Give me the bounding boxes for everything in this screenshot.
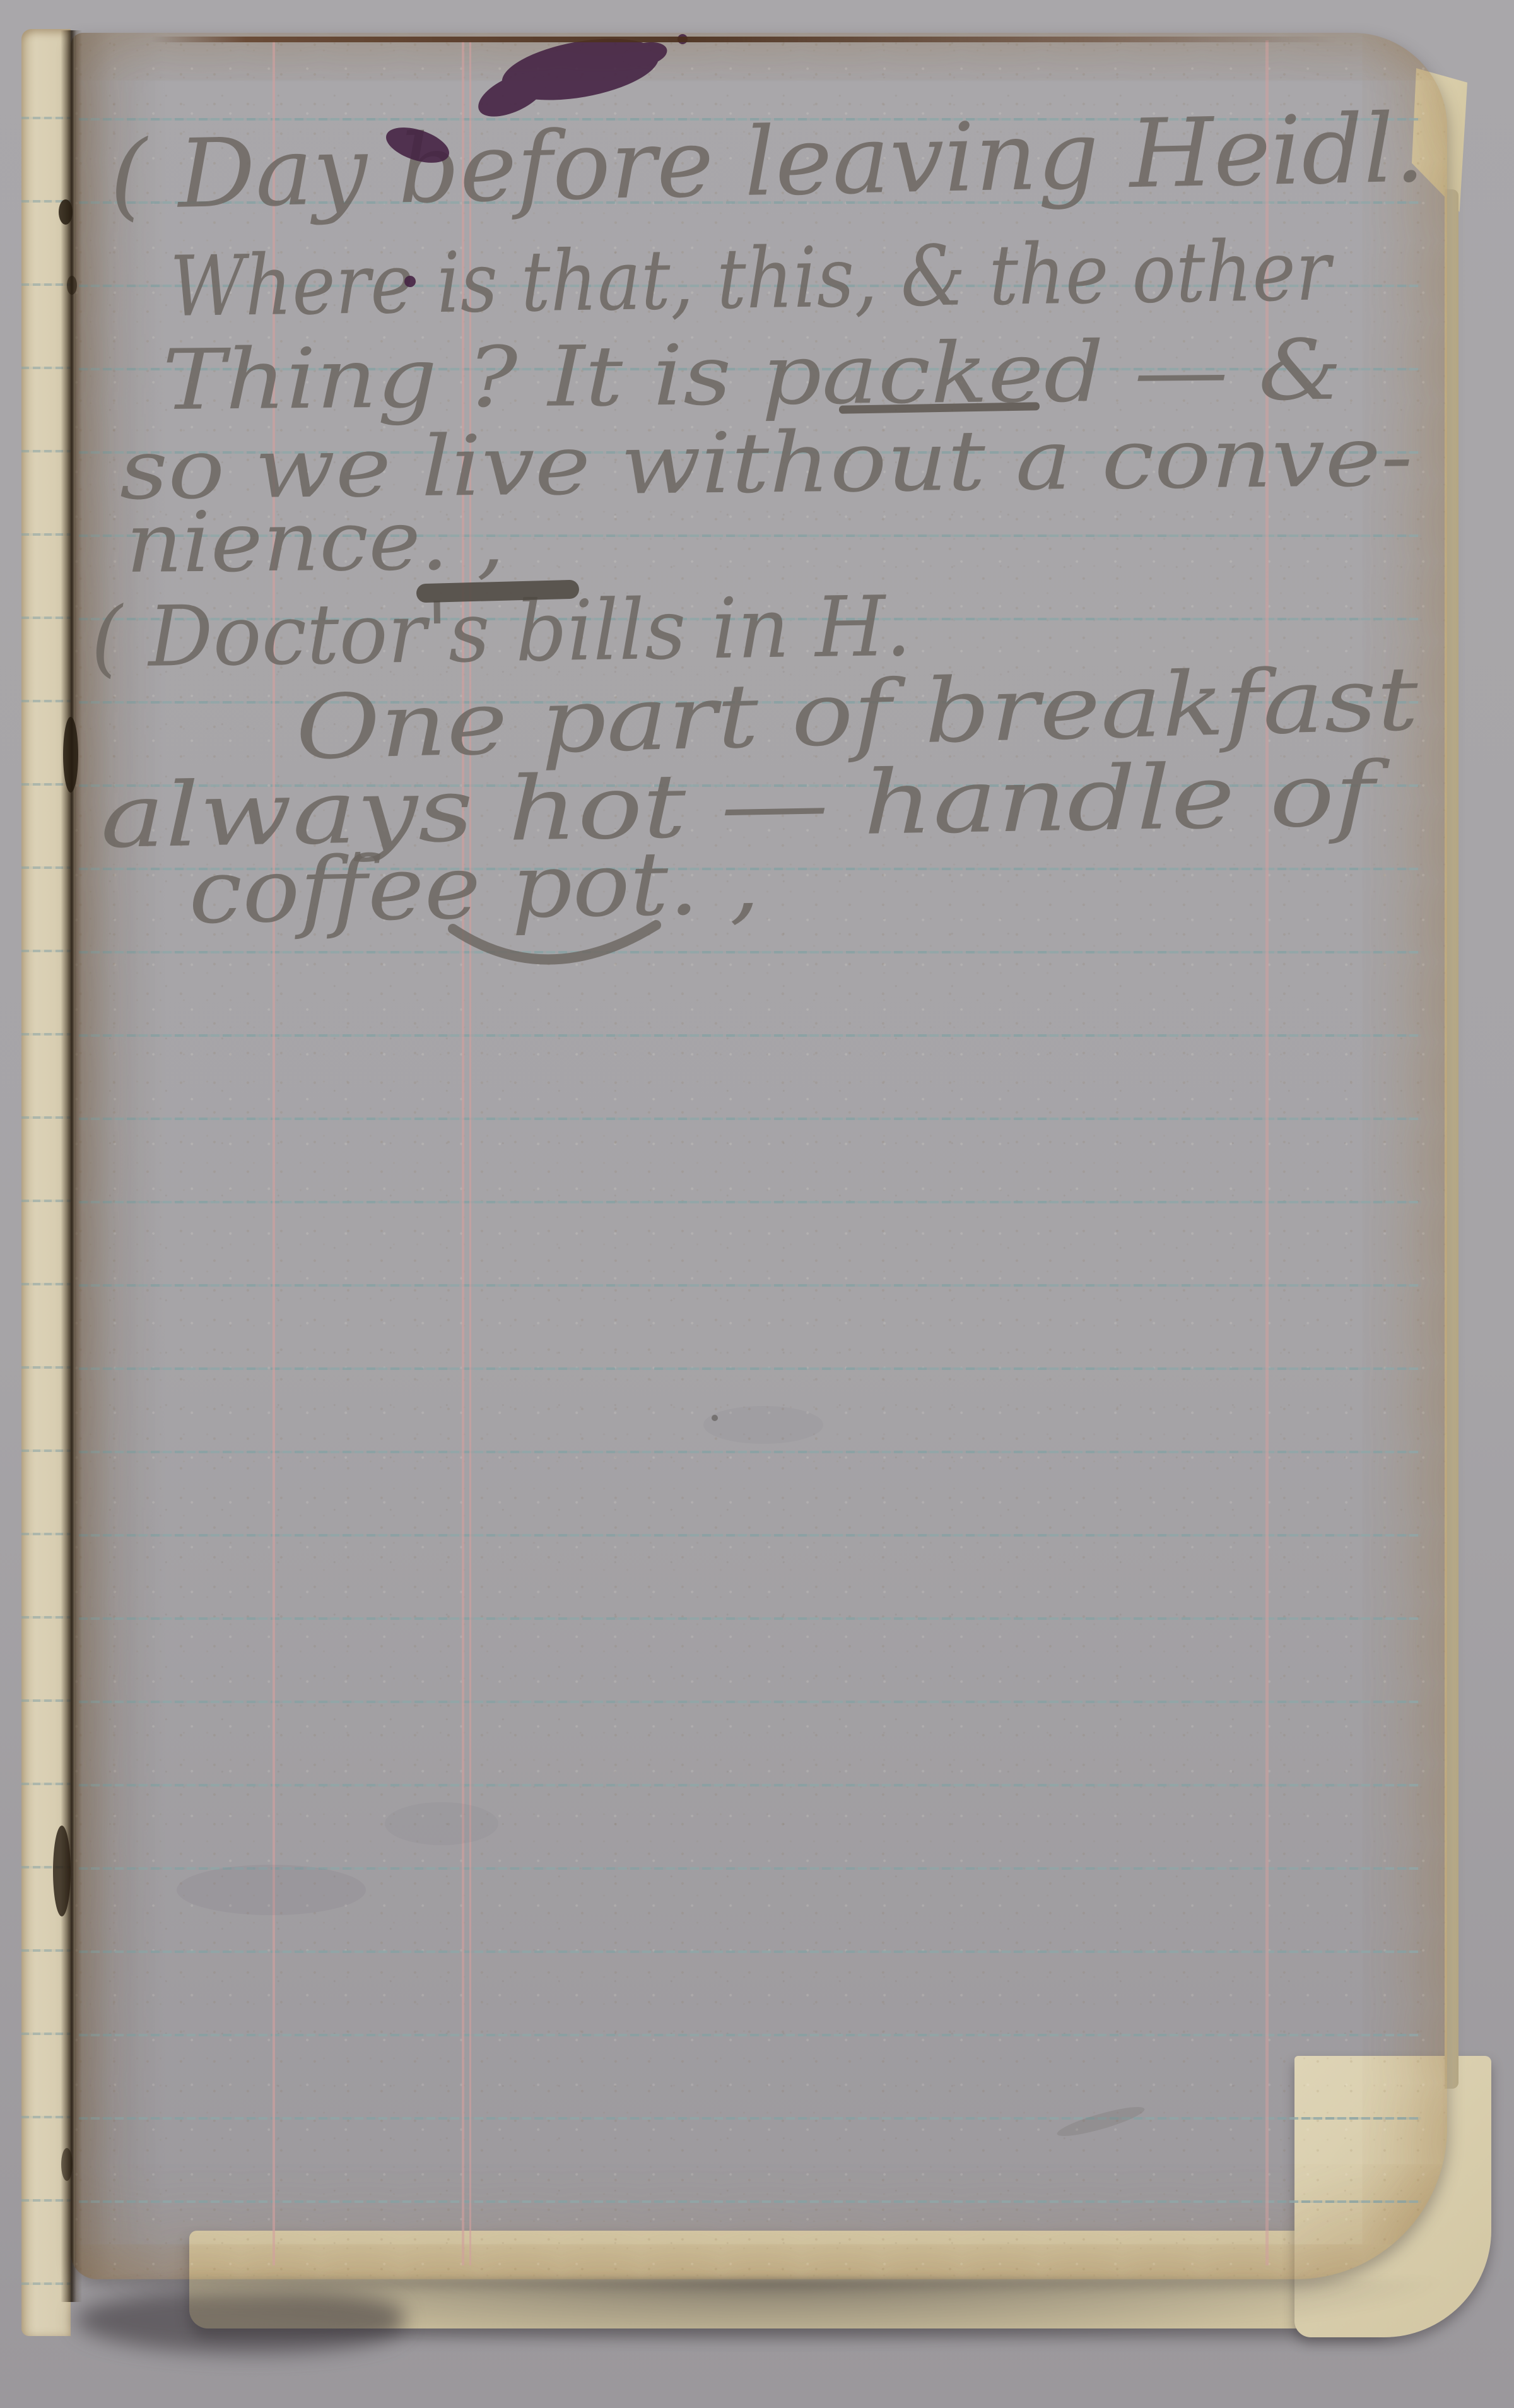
scanned-notebook-page: ( Day before leaving Heidl. Where is tha… <box>0 0 1514 2408</box>
torn-gutter-holes <box>53 199 78 2181</box>
handwritten-line-2: Where is that, this, & the other <box>169 222 1335 336</box>
age-smudges <box>177 1406 1147 2141</box>
handwritten-line-1: ( Day before leaving Heidl. <box>109 93 1426 231</box>
handwriting: ( Day before leaving Heidl. Where is tha… <box>90 93 1426 944</box>
page-top-edge-shadow <box>151 37 1337 42</box>
handwritten-line-5: nience. , <box>126 492 505 592</box>
handwritten-line-9: coffee pot. , <box>188 831 761 944</box>
handwriting-layer: ( Day before leaving Heidl. Where is tha… <box>0 0 1514 2408</box>
